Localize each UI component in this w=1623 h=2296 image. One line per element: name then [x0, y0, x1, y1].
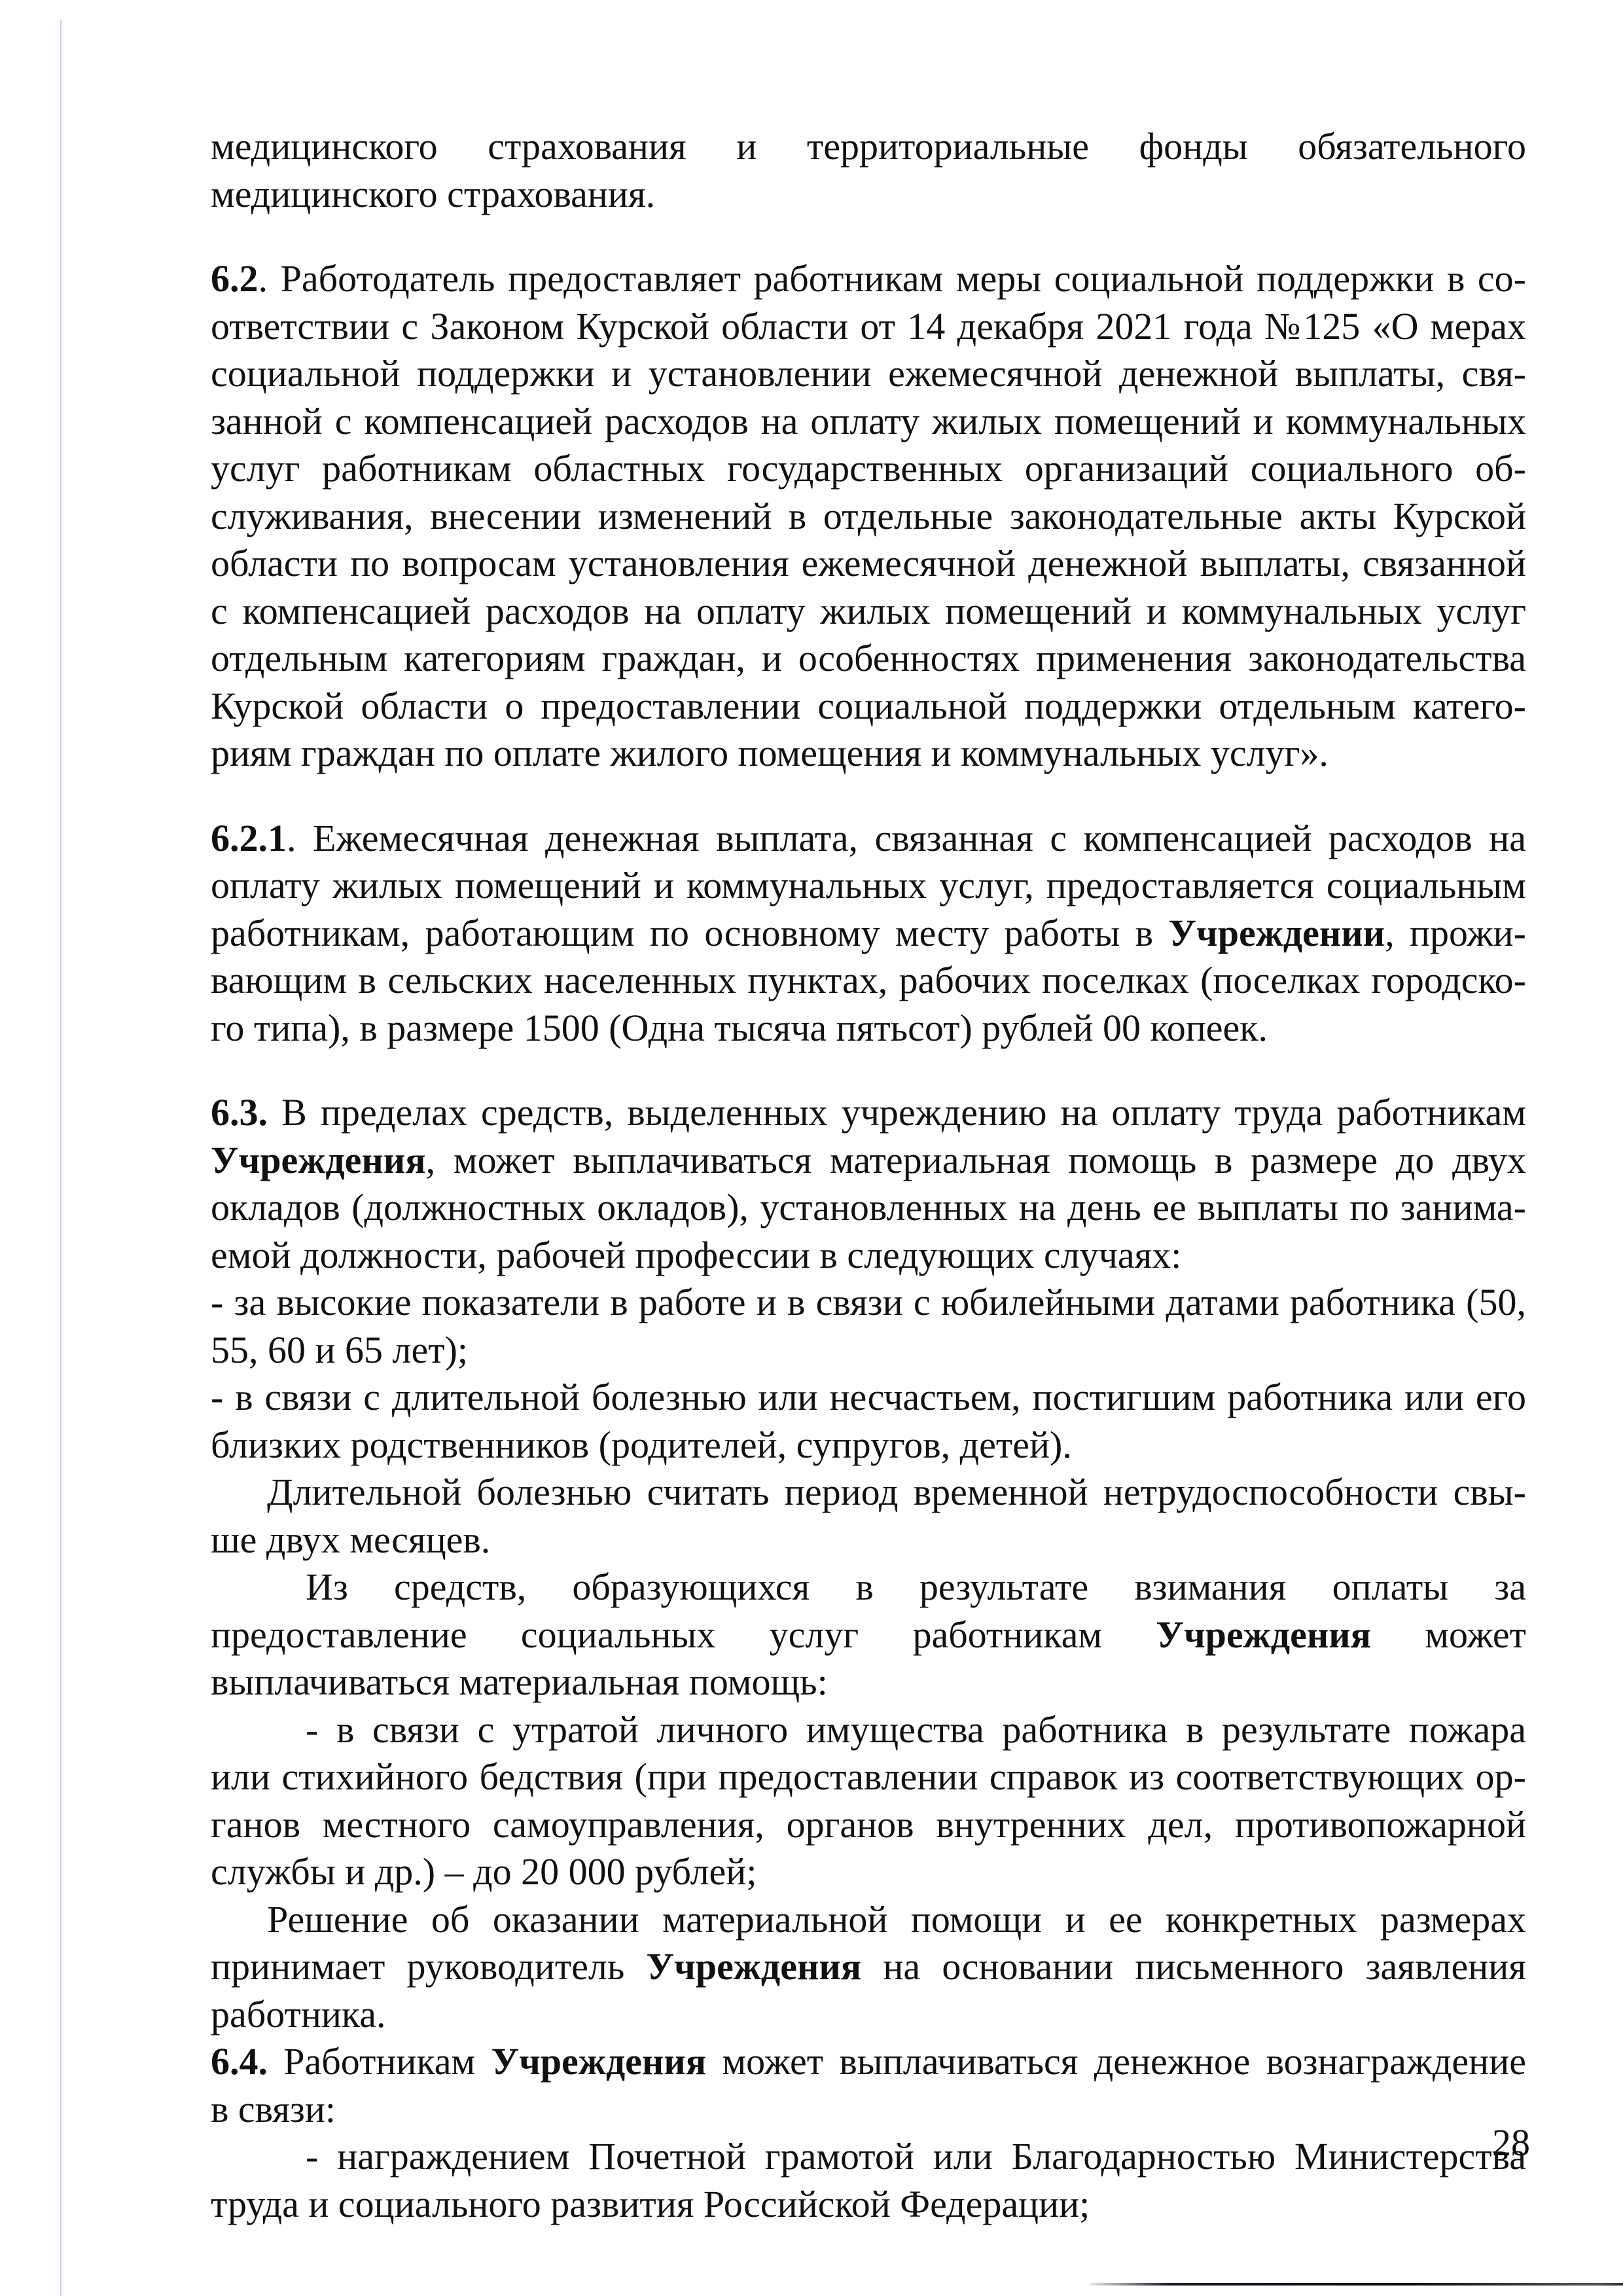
clause-number: 6.2.1	[211, 817, 287, 859]
scan-artifact-line	[1090, 2283, 1623, 2286]
institution-term: Учреждения	[647, 1945, 862, 1988]
text-line: социальной поддержки и установлении ежем…	[211, 350, 1526, 398]
text-line: с компенсацией расходов на оплату жилых …	[211, 588, 1526, 636]
paragraph-6-4: 6.4. Работникам Учреждения может выплачи…	[211, 2038, 1526, 2133]
list-item-line: - за высокие показатели в работе и в свя…	[211, 1279, 1526, 1327]
paragraph-6-3: 6.3. В пределах средств, выделенных учре…	[211, 1089, 1526, 1469]
text-line: предоставление социальных услуг работник…	[211, 1611, 1526, 1659]
text-line: Из средств, образующихся в результате вз…	[211, 1564, 1526, 1611]
clause-number: 6.4.	[211, 2040, 268, 2083]
clause-number: 6.2	[211, 257, 259, 300]
clause-number: 6.3.	[211, 1091, 268, 1134]
text-line: го типа), в размере 1500 (Одна тысяча пя…	[211, 1005, 1526, 1052]
paragraph-6-1-continuation: медицинского страхования и территориальн…	[211, 123, 1526, 218]
list-item-line: близких родственников (родителей, супруг…	[211, 1422, 1526, 1469]
text-line: вающим в сельских населенных пунктах, ра…	[211, 957, 1526, 1005]
text-line: Курской области о предоставлении социаль…	[211, 683, 1526, 730]
paragraph-fire-disaster: - в связи с утратой личного имущества ра…	[211, 1706, 1526, 1896]
text-line: окладов (должностных окладов), установле…	[211, 1184, 1526, 1232]
institution-term: Учреждении	[1168, 912, 1385, 954]
text-line: труда и социального развития Российской …	[211, 2181, 1526, 2229]
list-item-line: - в связи с длительной болезнью или несч…	[211, 1374, 1526, 1422]
paragraph-decision: Решение об оказании материальной помощи …	[211, 1896, 1526, 2039]
text-line: Учреждения, может выплачиваться материал…	[211, 1137, 1526, 1185]
paragraph-6-2: 6.2. Работодатель предоставляет работник…	[211, 255, 1526, 778]
text-line: Решение об оказании материальной помощи …	[211, 1896, 1526, 1944]
paragraph-award: - награждением Почетной грамотой или Бла…	[211, 2133, 1526, 2228]
paragraph-6-2-1: 6.2.1. Ежемесячная денежная выплата, свя…	[211, 815, 1526, 1052]
text-line: риям граждан по оплате жилого помещения …	[211, 730, 1526, 778]
list-item-line: - награждением Почетной грамотой или Бла…	[211, 2133, 1526, 2181]
text-line: Длительной болезнью считать период време…	[211, 1469, 1526, 1516]
list-item-line: 55, 60 и 65 лет);	[211, 1327, 1526, 1374]
institution-term: Учреждения	[491, 2040, 707, 2083]
institution-term: Учреждения	[1156, 1613, 1371, 1656]
list-item-line: - в связи с утратой личного имущества ра…	[211, 1706, 1526, 1754]
text-line: занной с компенсацией расходов на оплату…	[211, 398, 1526, 446]
text-line: службы и др.) – до 20 000 рублей;	[211, 1848, 1526, 1896]
text-line: работника.	[211, 1991, 1526, 2039]
text-line: выплачиваться материальная помощь:	[211, 1659, 1526, 1706]
text-line: 6.2. Работодатель предоставляет работник…	[211, 255, 1526, 303]
text-line: оплату жилых помещений и коммунальных ус…	[211, 862, 1526, 910]
text-line: медицинского страхования.	[211, 171, 1526, 219]
text-line: ответствии с Законом Курской области от …	[211, 303, 1526, 351]
institution-term: Учреждения	[211, 1139, 426, 1181]
text-line: или стихийного бедствия (при предоставле…	[211, 1753, 1526, 1801]
text-line: медицинского страхования и территориальн…	[211, 123, 1526, 171]
text-line: в связи:	[211, 2086, 1526, 2134]
page-number: 28	[1492, 2121, 1530, 2164]
text-line: ганов местного самоуправления, органов в…	[211, 1801, 1526, 1849]
text-line: служивания, внесении изменений в отдельн…	[211, 493, 1526, 541]
text-line: 6.4. Работникам Учреждения может выплачи…	[211, 2038, 1526, 2086]
text-line: принимает руководитель Учреждения на осн…	[211, 1943, 1526, 1991]
document-page: медицинского страхования и территориальн…	[211, 123, 1526, 2228]
text-line: 6.3. В пределах средств, выделенных учре…	[211, 1089, 1526, 1137]
paragraph-long-illness: Длительной болезнью считать период време…	[211, 1469, 1526, 1564]
scan-edge-line	[60, 20, 62, 2296]
text-line: ше двух месяцев.	[211, 1516, 1526, 1564]
text-line: услуг работникам областных государственн…	[211, 445, 1526, 493]
text-line: емой должности, рабочей профессии в след…	[211, 1232, 1526, 1280]
paragraph-funds: Из средств, образующихся в результате вз…	[211, 1564, 1526, 1706]
text-line: 6.2.1. Ежемесячная денежная выплата, свя…	[211, 815, 1526, 863]
text-line: отдельным категориям граждан, и особенно…	[211, 635, 1526, 683]
text-line: работникам, работающим по основному мест…	[211, 910, 1526, 958]
text-line: области по вопросам установления ежемеся…	[211, 540, 1526, 588]
